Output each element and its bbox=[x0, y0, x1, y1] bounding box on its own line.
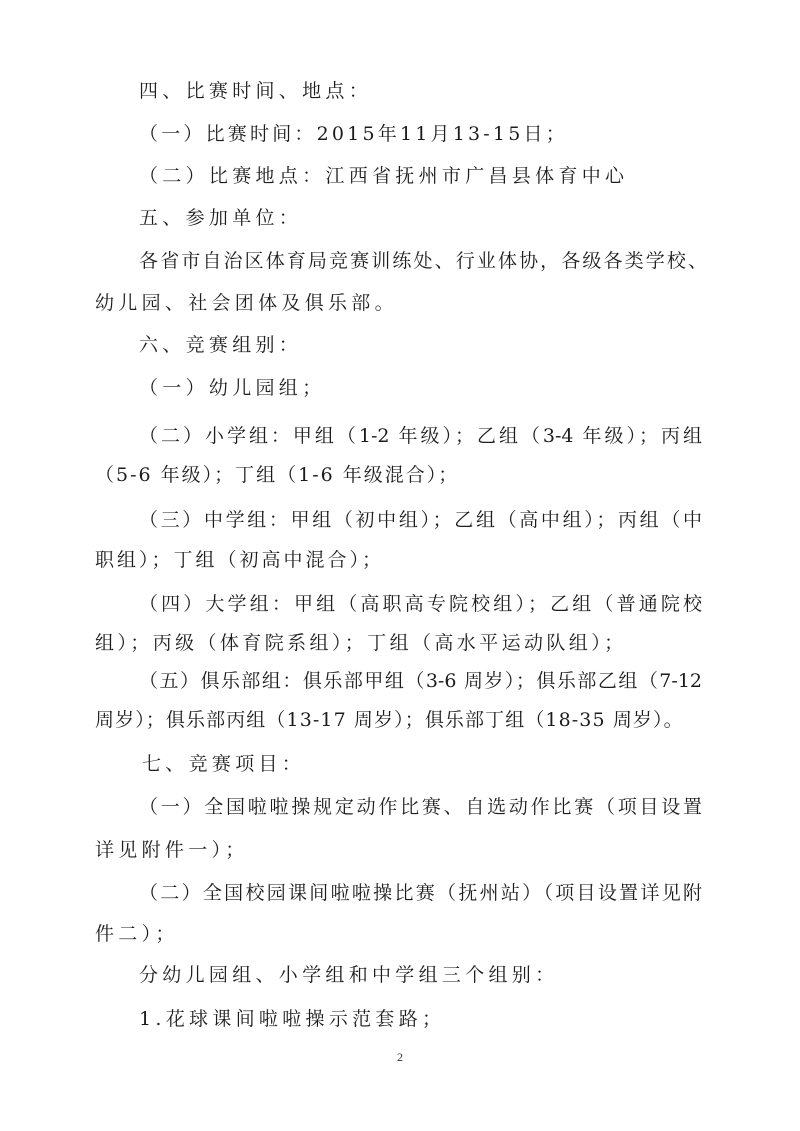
section-heading-7: 七、竞赛项目： bbox=[142, 752, 305, 776]
event-2-line-1: （二）全国校园课间啦啦操比赛（抚州站）（项目设置详见附 bbox=[139, 881, 702, 905]
section-heading-5: 五、参加单位： bbox=[139, 206, 302, 230]
page-number: 2 bbox=[392, 1050, 408, 1065]
participants-line-2: 幼儿园、社会团体及俱乐部。 bbox=[95, 291, 398, 315]
event-2-item-1: 1.花球课间啦啦操示范套路； bbox=[139, 1007, 445, 1031]
competition-time: （一）比赛时间：2015年11月13-15日； bbox=[139, 122, 568, 146]
group-primary-line-2: （5-6 年级）；丁组（1-6 年级混合）； bbox=[95, 463, 459, 487]
section-heading-4: 四、比赛时间、地点： bbox=[139, 79, 372, 103]
event-2-groups: 分幼儿园组、小学组和中学组三个组别： bbox=[139, 963, 558, 987]
event-2-line-2: 件二）； bbox=[95, 922, 179, 946]
participants-line-1: 各省市自治区体育局竞赛训练处、行业体协，各级各类学校、 bbox=[139, 249, 707, 273]
group-secondary-line-1: （三）中学组：甲组（初中组）；乙组（高中组）；丙组（中 bbox=[139, 508, 702, 532]
group-primary-line-1: （二）小学组：甲组（1-2 年级）；乙组（3-4 年级）；丙组 bbox=[139, 424, 702, 448]
competition-venue: （二）比赛地点：江西省抚州市广昌县体育中心 bbox=[139, 164, 628, 188]
event-1-line-2: 详见附件一）； bbox=[95, 838, 249, 862]
event-1-line-1: （一）全国啦啦操规定动作比赛、自选动作比赛（项目设置 bbox=[139, 795, 702, 819]
document-page: 四、比赛时间、地点： （一）比赛时间：2015年11月13-15日； （二）比赛… bbox=[0, 0, 800, 1131]
section-heading-6: 六、竞赛组别： bbox=[139, 333, 302, 357]
group-kindergarten: （一）幼儿园组； bbox=[139, 376, 325, 400]
group-university-line-1: （四）大学组：甲组（高职高专院校组）；乙组（普通院校 bbox=[139, 592, 702, 616]
group-club-line-2: 周岁）；俱乐部丙组（13-17 周岁）；俱乐部丁组（18-35 周岁）。 bbox=[95, 708, 684, 732]
group-club-line-1: （五）俱乐部组：俱乐部甲组（3-6 周岁）；俱乐部乙组（7-12 bbox=[139, 669, 702, 693]
group-university-line-2: 组）；丙级（体育院系组）；丁组（高水平运动队组）； bbox=[95, 631, 627, 655]
group-secondary-line-2: 职组）；丁组（初高中混合）； bbox=[95, 548, 384, 572]
